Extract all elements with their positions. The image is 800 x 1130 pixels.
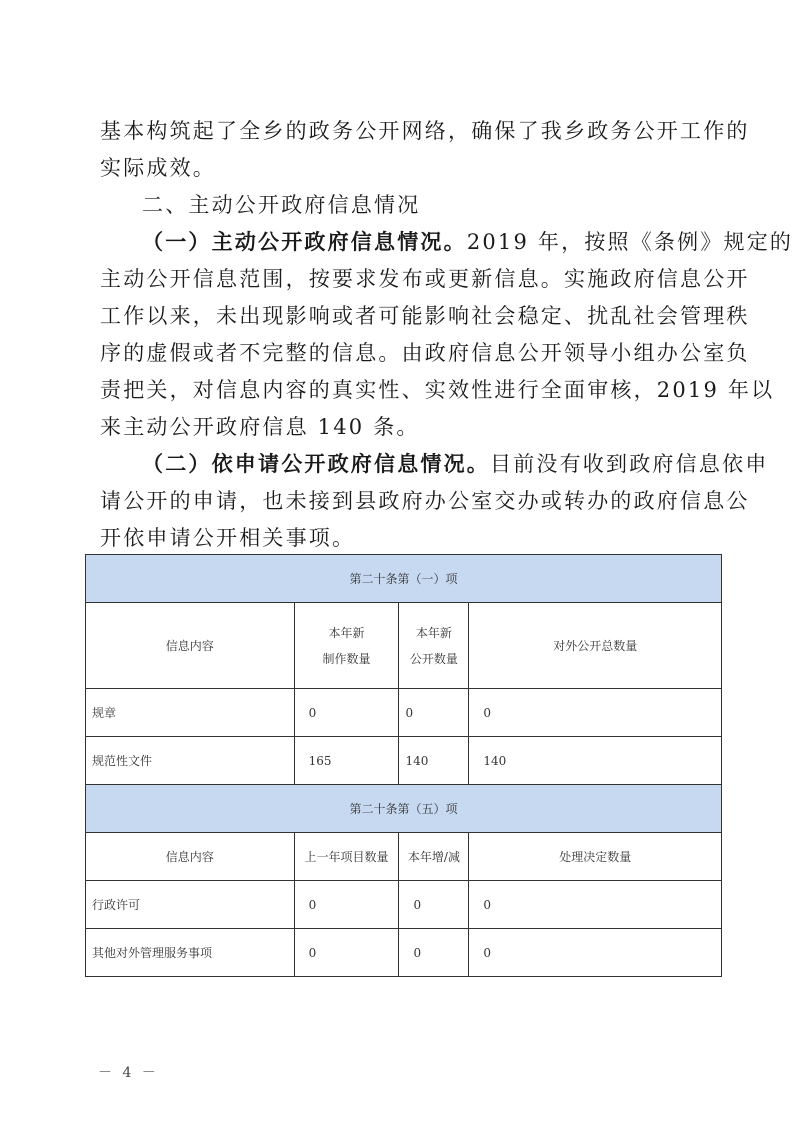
text-line: 实际成效。 [100,150,710,187]
paragraph-sub2: （二）依申请公开政府信息情况。目前没有收到政府信息依申 请公开的申请，也未接到县… [100,446,710,557]
col-header: 本年新公开数量 [399,603,469,689]
text-line: 责把关，对信息内容的真实性、实效性进行全面审核，2019 年以 [100,372,710,409]
heading-2: 二、主动公开政府信息情况 [100,187,710,224]
table-row: 其他对外管理服务事项 0 0 0 [86,929,722,977]
table-row: 规范性文件 165 140 140 [86,737,722,785]
section-heading: 二、主动公开政府信息情况 [100,187,710,224]
text-line: 目前没有收到政府信息依申 [490,452,768,476]
col-header: 信息内容 [86,833,295,881]
sub2-title: （二）依申请公开政府信息情况。 [142,452,490,476]
page-number: － 4 － [98,1062,159,1082]
text-line: 主动公开信息范围，按要求发布或更新信息。实施政府信息公开 [100,261,710,298]
text-line: 请公开的申请，也未接到县政府办公室交办或转办的政府信息公 [100,483,710,520]
col-header: 处理决定数量 [469,833,722,881]
col-header: 本年新制作数量 [294,603,399,689]
col-header: 本年增/减 [399,833,469,881]
col-header: 对外公开总数量 [469,603,722,689]
paragraph-sub1: （一）主动公开政府信息情况。2019 年，按照《条例》规定的 主动公开信息范围，… [100,224,710,446]
text-line: 开依申请公开相关事项。 [100,520,710,557]
section-header-1: 第二十条第（一）项 [86,555,722,603]
table-row: 规章 0 0 0 [86,689,722,737]
text-line: 2019 年，按照《条例》规定的 [467,230,793,254]
sub1-title: （一）主动公开政府信息情况。 [142,230,467,254]
text-line: 工作以来，未出现影响或者可能影响社会稳定、扰乱社会管理秩 [100,298,710,335]
info-table: 第二十条第（一）项 信息内容 本年新制作数量 本年新公开数量 对外公开总数量 规… [85,554,722,977]
section-header-2: 第二十条第（五）项 [86,785,722,833]
text-line: 基本构筑起了全乡的政务公开网络，确保了我乡政务公开工作的 [100,113,710,150]
col-header: 信息内容 [86,603,295,689]
table-row: 行政许可 0 0 0 [86,881,722,929]
col-header: 上一年项目数量 [294,833,399,881]
text-line: 序的虚假或者不完整的信息。由政府信息公开领导小组办公室负 [100,335,710,372]
paragraph-1: 基本构筑起了全乡的政务公开网络，确保了我乡政务公开工作的 实际成效。 [100,113,710,187]
text-line: 来主动公开政府信息 140 条。 [100,409,710,446]
